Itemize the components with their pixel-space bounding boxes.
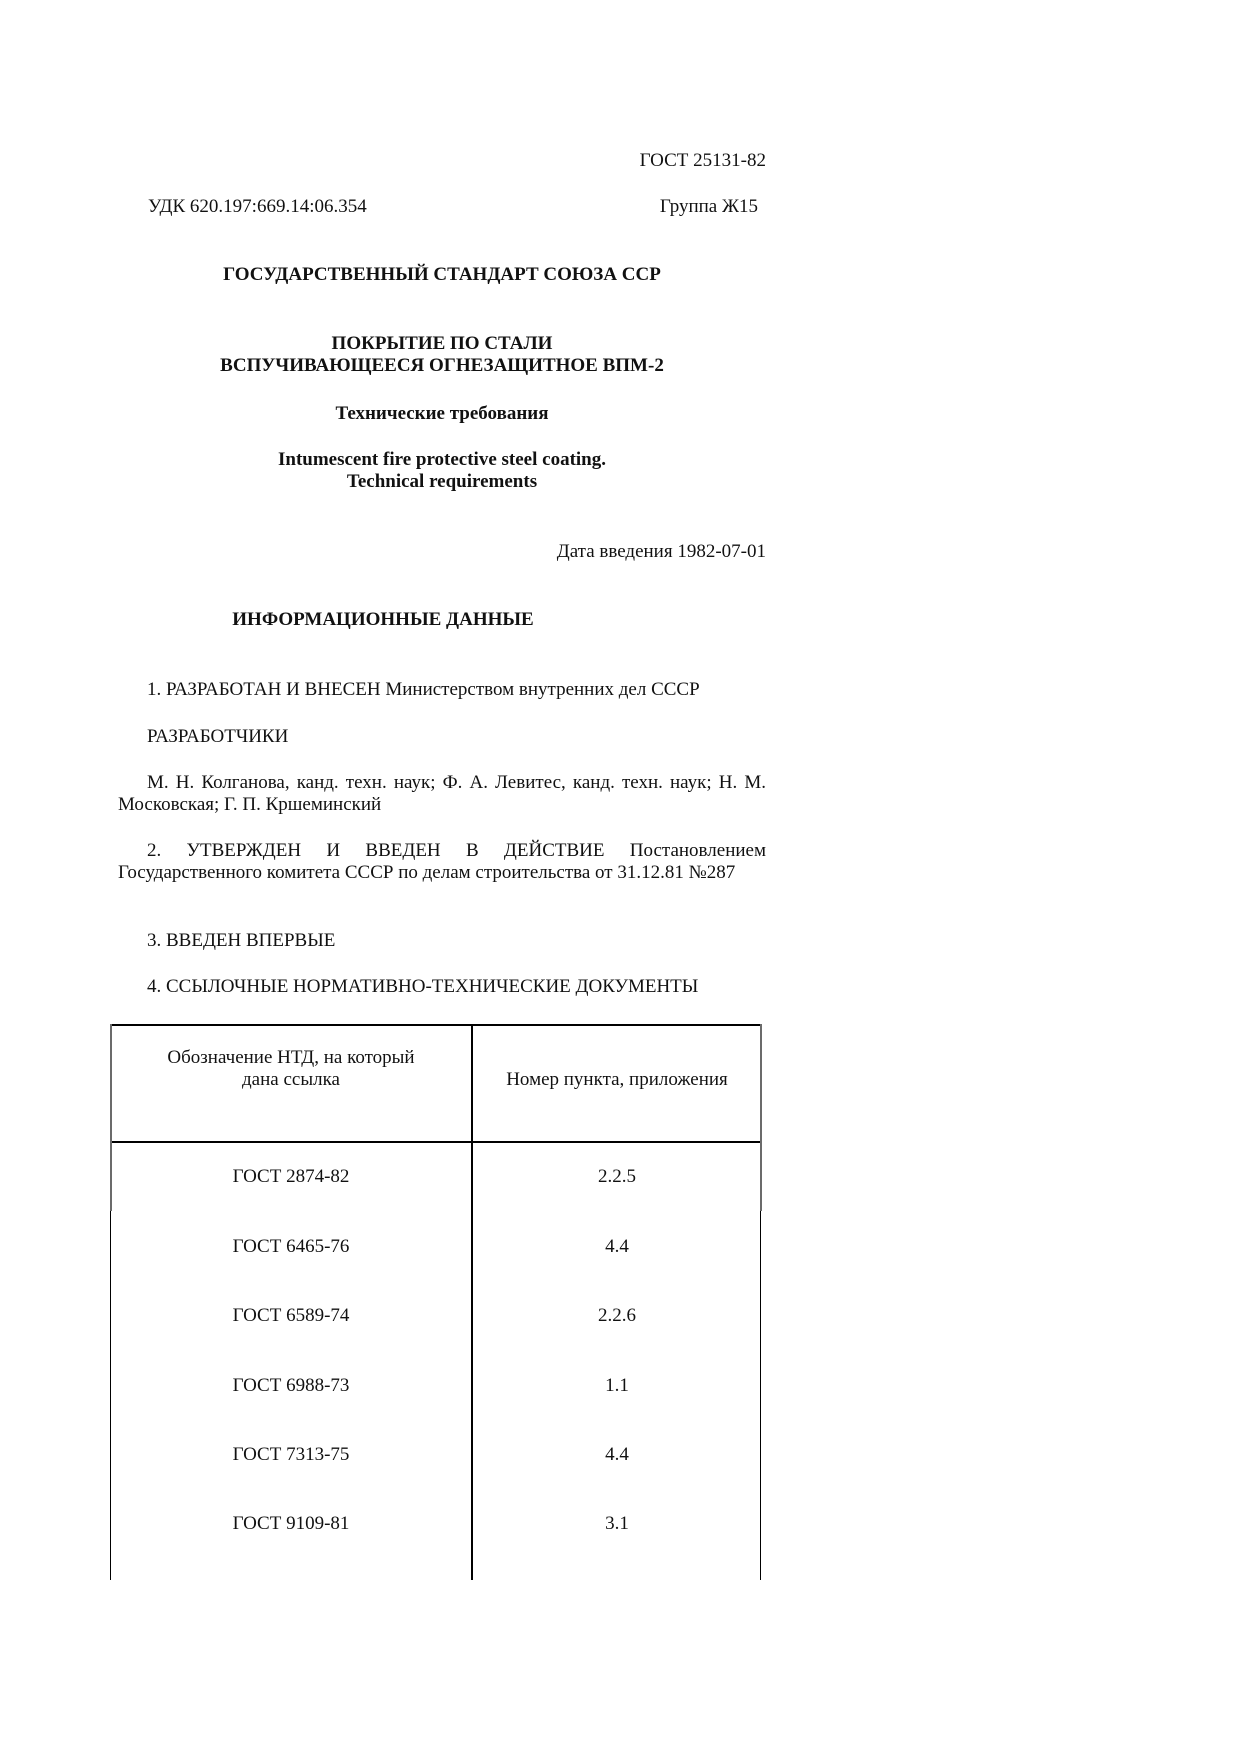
table-header-separator (110, 1141, 762, 1143)
developers-list: М. Н. Колганова, канд. техн. наук; Ф. А.… (118, 772, 766, 816)
english-title-line-2: Technical requirements (118, 471, 766, 493)
table-left-border-lower (110, 1211, 111, 1580)
table-right-border-upper (760, 1024, 762, 1211)
table-row-5-clause: 3.1 (474, 1513, 760, 1535)
table-row-0-designation: ГОСТ 2874-82 (112, 1166, 470, 1188)
table-row-5-designation: ГОСТ 9109-81 (112, 1513, 470, 1535)
table-row-0-clause: 2.2.5 (474, 1166, 760, 1188)
table-column-divider-lower (471, 1211, 473, 1580)
introduction-date: Дата введения 1982-07-01 (557, 541, 766, 563)
table-row-1-designation: ГОСТ 6465-76 (112, 1236, 470, 1258)
table-row-4-clause: 4.4 (474, 1444, 760, 1466)
info-data-heading: ИНФОРМАЦИОННЫЕ ДАННЫЕ (118, 609, 648, 631)
state-standard-heading: ГОСУДАРСТВЕННЫЙ СТАНДАРТ СОЮЗА ССР (118, 264, 766, 286)
table-header-designation: Обозначение НТД, на который дана ссылка (112, 1047, 470, 1091)
table-row-3-designation: ГОСТ 6988-73 (112, 1375, 470, 1397)
table-row-2-clause: 2.2.6 (474, 1305, 760, 1327)
english-title-line-1: Intumescent fire protective steel coatin… (118, 449, 766, 471)
table-row-3-clause: 1.1 (474, 1375, 760, 1397)
table-row-4-designation: ГОСТ 7313-75 (112, 1444, 470, 1466)
group-code: Группа Ж15 (660, 196, 758, 218)
table-top-border (110, 1024, 762, 1026)
paragraph-reference-docs: 4. ССЫЛОЧНЫЕ НОРМАТИВНО-ТЕХНИЧЕСКИЕ ДОКУ… (118, 976, 766, 998)
udk-code: УДК 620.197:669.14:06.354 (148, 196, 367, 218)
table-column-divider-upper (471, 1024, 473, 1211)
paragraph-developed-by: 1. РАЗРАБОТАН И ВНЕСЕН Министерством вну… (118, 679, 766, 701)
document-subtitle: Технические требования (118, 403, 766, 425)
title-line-1: ПОКРЫТИЕ ПО СТАЛИ (118, 333, 766, 355)
table-header-clause: Номер пункта, приложения (474, 1069, 760, 1091)
developers-heading: РАЗРАБОТЧИКИ (118, 726, 766, 748)
document-title: ПОКРЫТИЕ ПО СТАЛИ ВСПУЧИВАЮЩЕЕСЯ ОГНЕЗАЩ… (118, 333, 766, 377)
table-row-2-designation: ГОСТ 6589-74 (112, 1305, 470, 1327)
title-line-2: ВСПУЧИВАЮЩЕЕСЯ ОГНЕЗАЩИТНОЕ ВПМ-2 (118, 355, 766, 377)
document-page: ГОСТ 25131-82 УДК 620.197:669.14:06.354 … (0, 0, 1240, 1755)
table-right-border-lower (760, 1211, 761, 1580)
paragraph-approved: 2. УТВЕРЖДЕН И ВВЕДЕН В ДЕЙСТВИЕ Постано… (118, 840, 766, 884)
gost-code: ГОСТ 25131-82 (640, 150, 766, 172)
paragraph-first-introduced: 3. ВВЕДЕН ВПЕРВЫЕ (118, 930, 766, 952)
english-title: Intumescent fire protective steel coatin… (118, 449, 766, 493)
reference-table: Обозначение НТД, на который дана ссылка … (110, 1024, 762, 1580)
table-row-1-clause: 4.4 (474, 1236, 760, 1258)
